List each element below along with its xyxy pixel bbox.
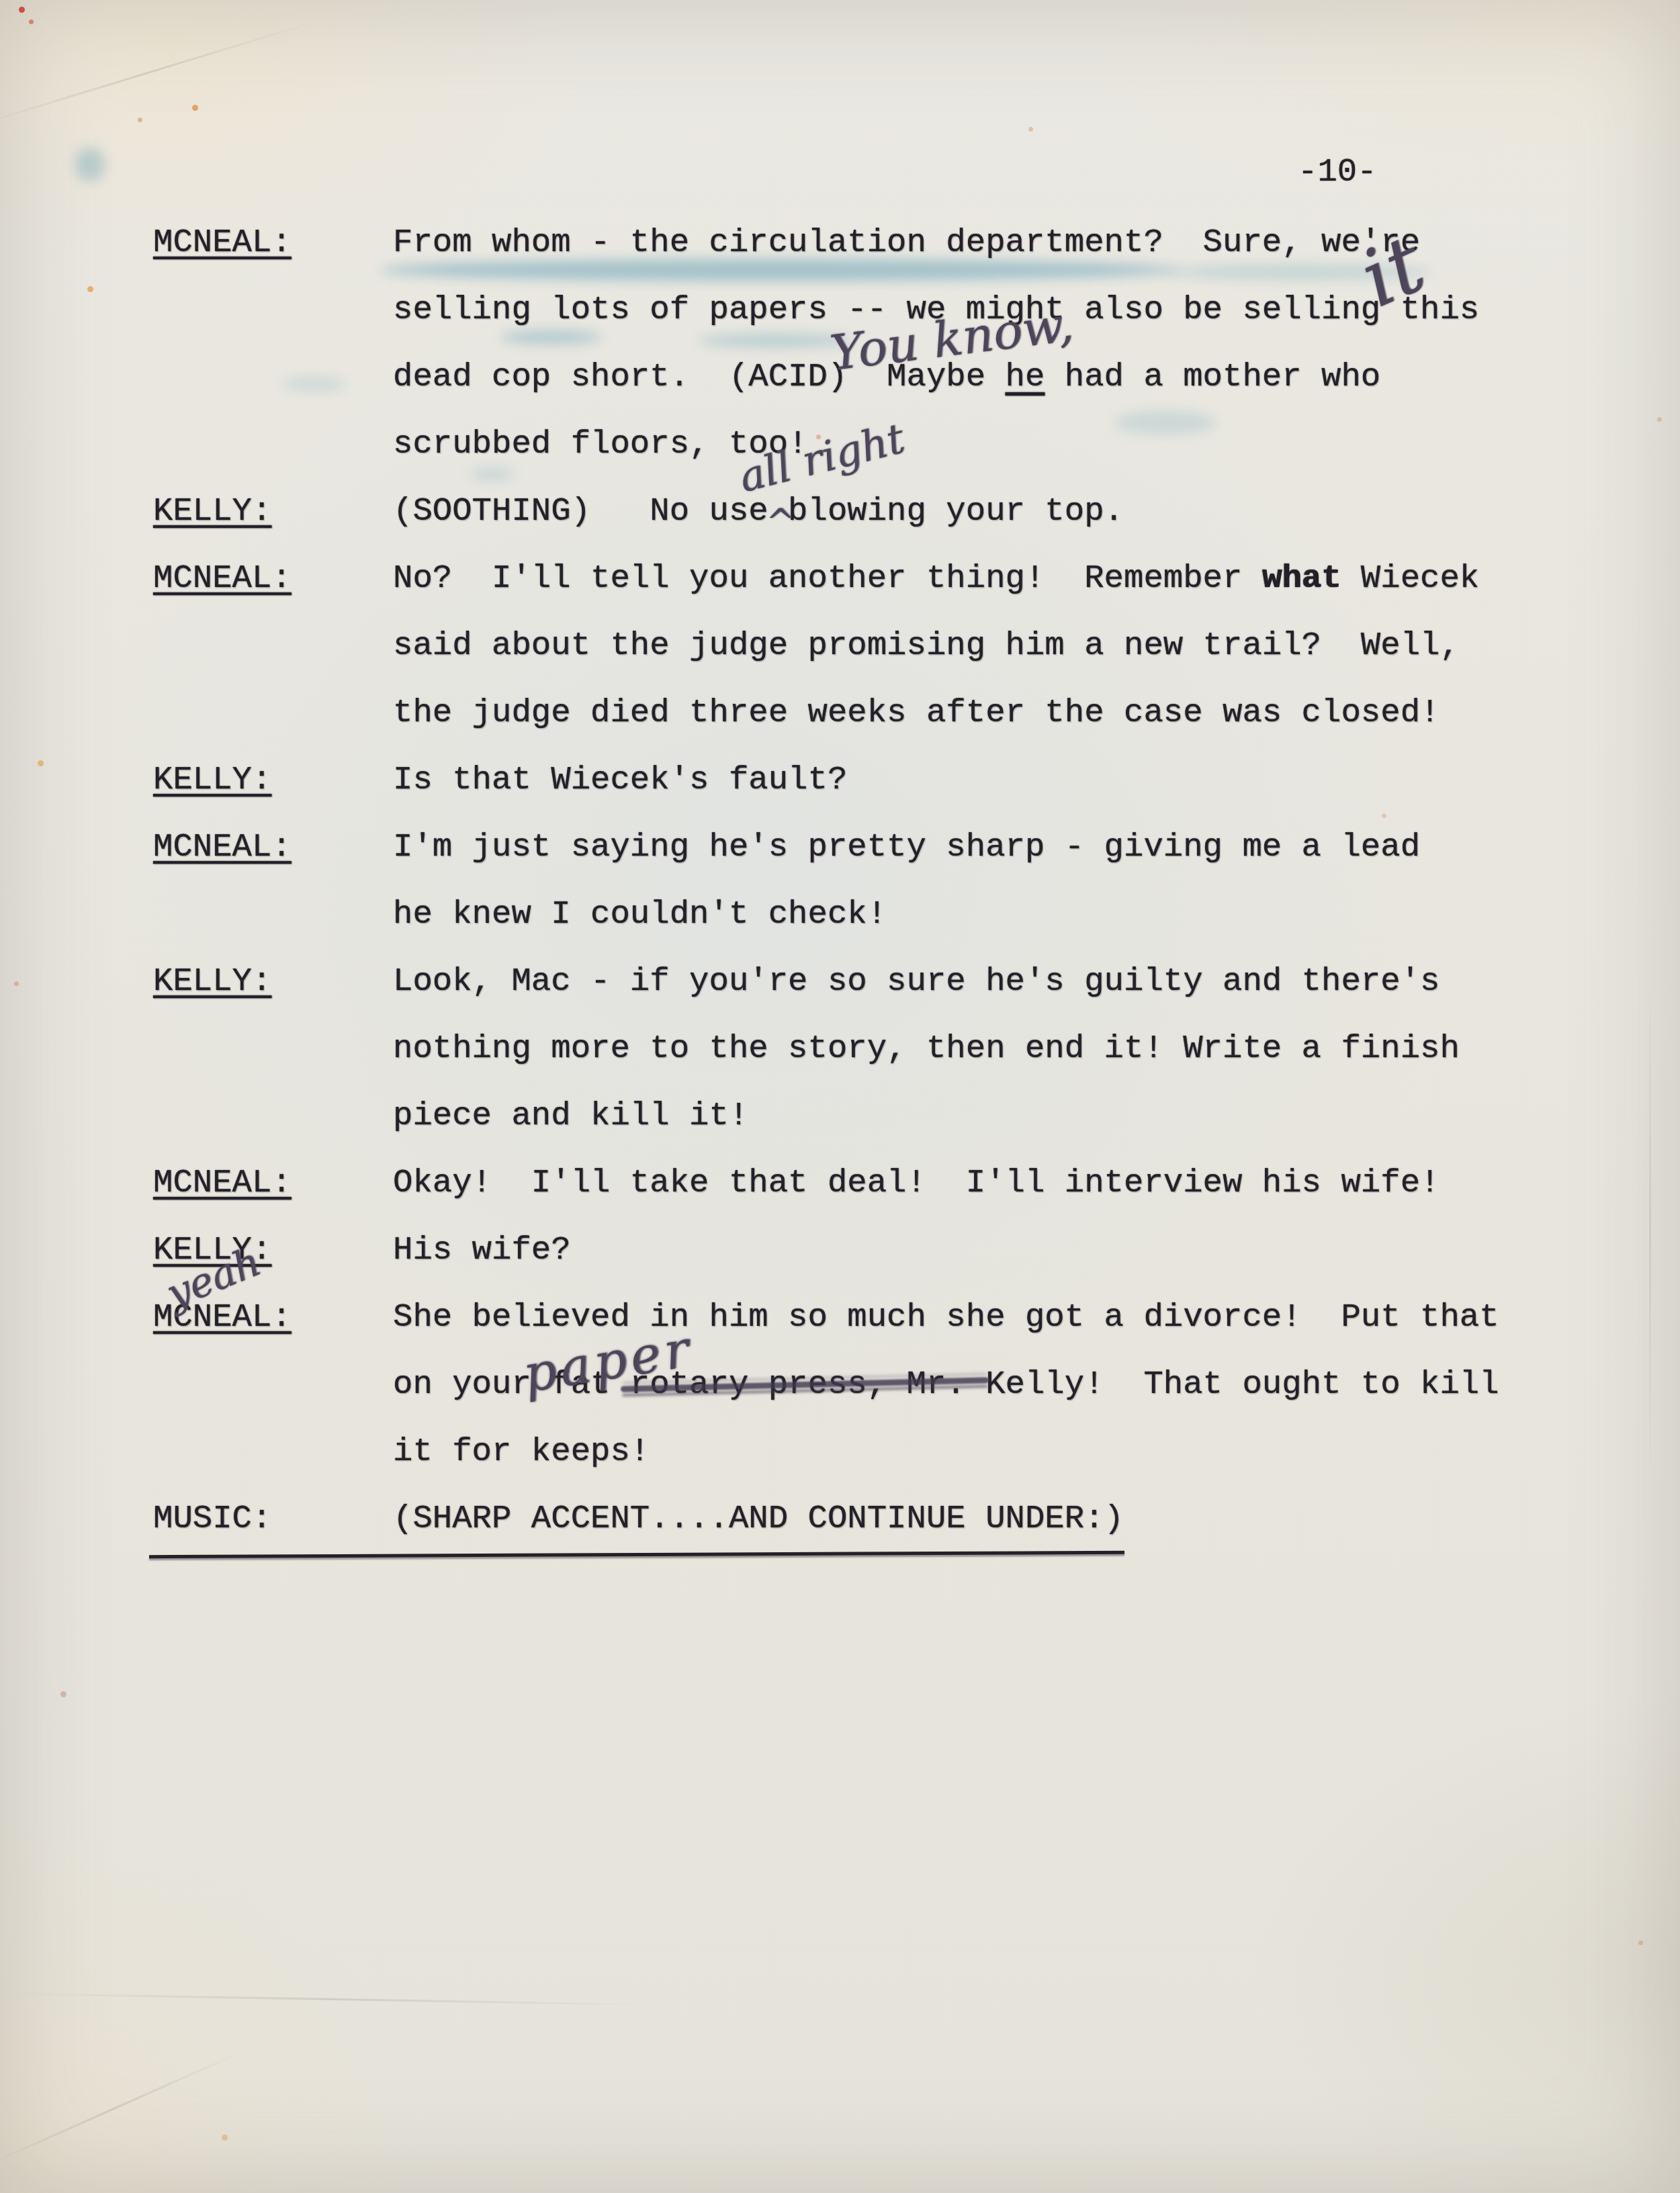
speaker-label: MCNEAL: — [153, 226, 292, 259]
dialogue-text: Look, Mac - if you're so sure he's guilt… — [393, 965, 1440, 998]
script-line: piece and kill it! — [0, 1100, 1680, 1147]
script-line: MCNEAL: No? I'll tell you another thing!… — [0, 562, 1680, 609]
paper-stain-speckles — [0, 0, 3, 3]
dialogue-text: (SOOTHING) No use blowing your top. — [393, 495, 1124, 528]
dialogue-text: nothing more to the story, then end it! … — [393, 1032, 1460, 1065]
overstruck-word: what — [1262, 560, 1341, 597]
dialogue-text: Is that Wiecek's fault? — [393, 764, 847, 797]
dialogue-text: the judge died three weeks after the cas… — [393, 697, 1440, 729]
dialogue-text: it for keeps! — [393, 1435, 650, 1468]
paper-crease — [0, 2051, 243, 2170]
speaker-label: MCNEAL: — [153, 831, 292, 864]
script-line: he knew I couldn't check! — [0, 898, 1680, 945]
dialogue-segment: had a mother who — [1045, 358, 1380, 396]
script-line: MCNEAL: She believed in him so much she … — [0, 1301, 1680, 1348]
music-cue-text: (SHARP ACCENT....AND CONTINUE UNDER:) — [393, 1503, 1124, 1535]
dialogue-text: No? I'll tell you another thing! Remembe… — [393, 562, 1479, 595]
dialogue-segment: Kelly! That ought to kill — [966, 1366, 1499, 1403]
script-line: KELLY: Is that Wiecek's fault? — [0, 764, 1680, 811]
script-line: MUSIC: (SHARP ACCENT....AND CONTINUE UND… — [0, 1503, 1680, 1550]
script-line: on your fat rotary press, Mr. Kelly! Tha… — [0, 1368, 1680, 1415]
dialogue-text: Okay! I'll take that deal! I'll intervie… — [393, 1167, 1440, 1200]
dialogue-segment: No? I'll tell you another thing! Remembe… — [393, 560, 1262, 597]
dialogue-text: She believed in him so much she got a di… — [393, 1301, 1499, 1334]
speaker-label: KELLY: — [153, 764, 271, 797]
script-line: MCNEAL: From whom - the circulation depa… — [0, 226, 1680, 273]
script-line: said about the judge promising him a new… — [0, 629, 1680, 676]
script-line: nothing more to the story, then end it! … — [0, 1032, 1680, 1079]
speaker-label: KELLY: — [153, 495, 271, 528]
underlined-word: he — [1006, 358, 1045, 396]
speaker-label: KELLY: — [153, 965, 271, 998]
script-line: MCNEAL: Okay! I'll take that deal! I'll … — [0, 1167, 1680, 1214]
dialogue-text: piece and kill it! — [393, 1100, 748, 1132]
script-line: the judge died three weeks after the cas… — [0, 697, 1680, 744]
dialogue-text: His wife? — [393, 1234, 571, 1267]
script-page-sheet: -10- MCNEAL: From whom - the circulation… — [0, 0, 1680, 2193]
speaker-label: MCNEAL: — [153, 1167, 292, 1200]
script-line: it for keeps! — [0, 1435, 1680, 1482]
paper-crease — [0, 21, 315, 129]
music-cue-underline — [149, 1551, 1124, 1558]
dialogue-text: said about the judge promising him a new… — [393, 629, 1460, 662]
dialogue-text: I'm just saying he's pretty sharp - givi… — [393, 831, 1420, 864]
script-line: KELLY: Look, Mac - if you're so sure he'… — [0, 965, 1680, 1012]
page-number: -10- — [1298, 153, 1377, 191]
script-line: KELLY: (SOOTHING) No use blowing your to… — [0, 495, 1680, 542]
speaker-label: MCNEAL: — [153, 562, 292, 595]
dialogue-text: From whom - the circulation department? … — [393, 226, 1420, 259]
speaker-label: MUSIC: — [153, 1503, 271, 1535]
dialogue-segment: Wiecek — [1341, 560, 1479, 597]
annotation-caret: ^ — [766, 502, 795, 543]
script-line: MCNEAL: I'm just saying he's pretty shar… — [0, 831, 1680, 878]
paper-crease — [0, 1992, 658, 2006]
blue-ink-smudge — [75, 148, 105, 181]
dialogue-text: he knew I couldn't check! — [393, 898, 887, 931]
